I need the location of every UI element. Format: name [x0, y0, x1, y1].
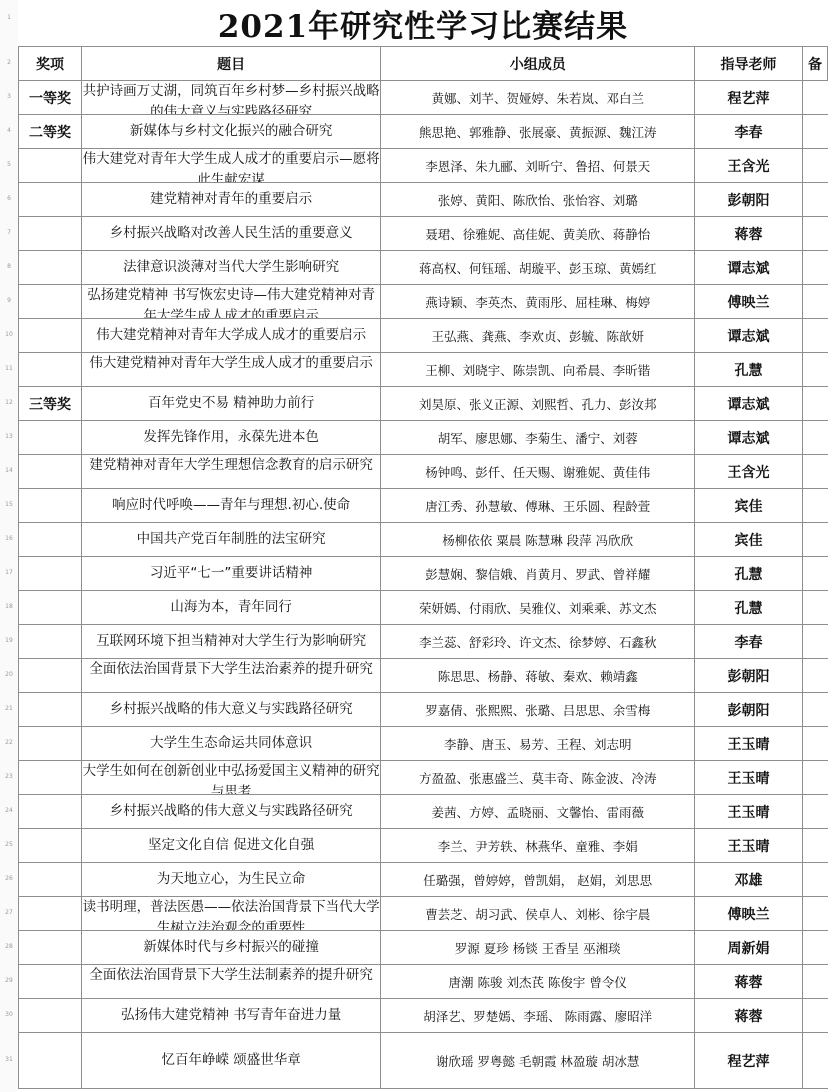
table-row: 乡村振兴战略对改善人民生活的重要意义聂珺、徐雅妮、高佳妮、黄美欣、蒋静怡蒋蓉 [19, 217, 828, 251]
row-number[interactable]: 1 [0, 14, 18, 21]
topic-text: 伟大建党精神对青年大学生成人成才的重要启示 [82, 353, 380, 386]
remarks-cell[interactable] [802, 761, 827, 795]
topic-cell[interactable]: 全面依法治国背景下大学生法制素养的提升研究 [81, 965, 380, 999]
topic-text: 为天地立心，为生民立命 [82, 863, 380, 896]
remarks-cell[interactable] [802, 591, 827, 625]
award-cell[interactable] [19, 897, 82, 931]
teacher-cell[interactable]: 谭志斌 [695, 319, 803, 353]
teacher-cell[interactable]: 孔慧 [695, 591, 803, 625]
members-cell[interactable]: 李静、唐玉、易芳、王程、刘志明 [381, 727, 695, 761]
row-number[interactable]: 17 [0, 569, 18, 576]
award-cell[interactable] [19, 999, 82, 1033]
table-row: 法律意识淡薄对当代大学生影响研究蒋高权、何钰瑶、胡璇平、彭玉琼、黄嫣红谭志斌 [19, 251, 828, 285]
remarks-cell[interactable] [802, 795, 827, 829]
row-number[interactable]: 20 [0, 671, 18, 678]
topic-cell[interactable]: 建党精神对青年大学生理想信念教育的启示研究 [81, 455, 380, 489]
topic-text: 忆百年峥嵘 颂盛世华章 [82, 1044, 380, 1077]
table-row: 建党精神对青年大学生理想信念教育的启示研究杨钟鸣、彭仟、任天赐、谢雅妮、黄佳伟王… [19, 455, 828, 489]
table-row: 建党精神对青年的重要启示张婷、黄阳、陈欣怡、张怡容、刘璐彭朝阳 [19, 183, 828, 217]
award-cell[interactable] [19, 659, 82, 693]
members-cell[interactable]: 熊思艳、郭雅静、张展豪、黄振源、魏江涛 [381, 115, 695, 149]
teacher-cell[interactable]: 程艺萍 [695, 1033, 803, 1089]
table-row: 伟大建党精神对青年大学生成人成才的重要启示王柳、刘晓宇、陈崇凯、向希晨、李昕锴孔… [19, 353, 828, 387]
row-number[interactable]: 22 [0, 739, 18, 746]
teacher-cell[interactable]: 李春 [695, 625, 803, 659]
topic-text: 百年党史不易 精神助力前行 [82, 387, 380, 420]
row-number[interactable]: 2 [0, 59, 18, 66]
header-topic[interactable]: 题目 [81, 47, 380, 81]
table-row: 伟大建党对青年大学生成人成才的重要启示—愿将此生献宏谋李恩泽、朱九郦、刘昕宁、鲁… [19, 149, 828, 183]
header-teacher[interactable]: 指导老师 [695, 47, 803, 81]
topic-text: 大学生生态命运共同体意识 [82, 727, 380, 760]
topic-cell[interactable]: 弘扬建党精神 书写恢宏史诗—伟大建党精神对青年大学生成人成才的重要启示 [81, 285, 380, 319]
teacher-cell[interactable]: 傅映兰 [695, 897, 803, 931]
row-number[interactable]: 29 [0, 977, 18, 984]
sheet-title: 2021年研究性学习比赛结果 [18, 0, 828, 46]
topic-text: 乡村振兴战略对改善人民生活的重要意义 [82, 217, 380, 250]
row-number[interactable]: 30 [0, 1011, 18, 1018]
award-cell[interactable] [19, 693, 82, 727]
remarks-cell[interactable] [802, 557, 827, 591]
topic-text: 建党精神对青年的重要启示 [82, 183, 380, 216]
table-row: 习近平“七一”重要讲话精神彭慧娴、黎信娥、肖黄月、罗武、曾祥耀孔慧 [19, 557, 828, 591]
teacher-cell[interactable]: 程艺萍 [695, 81, 803, 115]
topic-text: 习近平“七一”重要讲话精神 [82, 557, 380, 590]
members-cell[interactable]: 聂珺、徐雅妮、高佳妮、黄美欣、蒋静怡 [381, 217, 695, 251]
table-row: 山海为本，青年同行荣妍嫣、付雨欣、吴雅仪、刘乘乘、苏文杰孔慧 [19, 591, 828, 625]
award-cell[interactable] [19, 1033, 82, 1089]
topic-text: 建党精神对青年大学生理想信念教育的启示研究 [82, 455, 380, 488]
remarks-cell[interactable] [802, 727, 827, 761]
members-cell[interactable]: 李恩泽、朱九郦、刘昕宁、鲁招、何景天 [381, 149, 695, 183]
topic-cell[interactable]: 全面依法治国背景下大学生法治素养的提升研究 [81, 659, 380, 693]
row-number[interactable]: 5 [0, 161, 18, 168]
members-cell[interactable]: 李兰蕊、舒彩玲、许文杰、徐梦婷、石鑫秋 [381, 625, 695, 659]
remarks-cell[interactable] [802, 897, 827, 931]
table-row: 全面依法治国背景下大学生法制素养的提升研究唐潮 陈骏 刘杰芪 陈俊宇 曾令仪蒋蓉 [19, 965, 828, 999]
topic-text: 新媒体时代与乡村振兴的碰撞 [82, 931, 380, 964]
award-cell[interactable] [19, 353, 82, 387]
award-cell[interactable] [19, 795, 82, 829]
award-cell[interactable] [19, 625, 82, 659]
topic-text: 互联网环境下担当精神对大学生行为影响研究 [82, 625, 380, 658]
topic-text: 伟大建党对青年大学生成人成才的重要启示—愿将此生献宏谋 [82, 149, 380, 182]
row-number[interactable]: 4 [0, 127, 18, 134]
members-cell[interactable]: 唐潮 陈骏 刘杰芪 陈俊宇 曾令仪 [381, 965, 695, 999]
members-cell[interactable]: 黄娜、刘芊、贺娅婷、朱若岚、邓白兰 [381, 81, 695, 115]
row-number[interactable]: 16 [0, 535, 18, 542]
remarks-cell[interactable] [802, 251, 827, 285]
award-cell[interactable] [19, 251, 82, 285]
topic-text: 山海为本，青年同行 [82, 591, 380, 624]
topic-text: 读书明理，普法医愚——依法治国背景下当代大学生树立法治观念的重要性 [82, 897, 380, 930]
topic-cell[interactable]: 发挥先锋作用，永葆先进本色 [81, 421, 380, 455]
award-cell[interactable]: 三等奖 [19, 387, 82, 421]
table-row: 读书明理，普法医愚——依法治国背景下当代大学生树立法治观念的重要性曹芸芝、胡习武… [19, 897, 828, 931]
remarks-cell[interactable] [802, 1033, 827, 1089]
members-cell[interactable]: 刘昊原、张义正源、刘熙哲、孔力、彭汝邦 [381, 387, 695, 421]
members-cell[interactable]: 王柳、刘晓宇、陈崇凯、向希晨、李昕锴 [381, 353, 695, 387]
award-cell[interactable] [19, 183, 82, 217]
remarks-cell[interactable] [802, 115, 827, 149]
teacher-cell[interactable]: 邓雄 [695, 863, 803, 897]
topic-cell[interactable]: 大学生生态命运共同体意识 [81, 727, 380, 761]
remarks-cell[interactable] [802, 285, 827, 319]
members-cell[interactable]: 彭慧娴、黎信娥、肖黄月、罗武、曾祥耀 [381, 557, 695, 591]
members-cell[interactable]: 杨钟鸣、彭仟、任天赐、谢雅妮、黄佳伟 [381, 455, 695, 489]
table-row: 响应时代呼唤——青年与理想.初心.使命唐江秀、孙慧敏、傅琳、王乐圆、程龄萱宾佳 [19, 489, 828, 523]
members-cell[interactable]: 胡泽艺、罗楚嫣、李瑶、 陈雨露、廖昭洋 [381, 999, 695, 1033]
topic-text: 响应时代呼唤——青年与理想.初心.使命 [82, 489, 380, 522]
members-cell[interactable]: 罗嘉倩、张熙熙、张璐、吕思思、余雪梅 [381, 693, 695, 727]
award-cell[interactable]: 二等奖 [19, 115, 82, 149]
award-cell[interactable] [19, 285, 82, 319]
topic-cell[interactable]: 新媒体与乡村文化振兴的融合研究 [81, 115, 380, 149]
row-number[interactable]: 9 [0, 297, 18, 304]
table-row: 伟大建党精神对青年大学成人成才的重要启示王弘燕、龚燕、李欢贞、彭毓、陈歆妍谭志斌 [19, 319, 828, 353]
teacher-cell[interactable]: 王含光 [695, 149, 803, 183]
row-number[interactable]: 23 [0, 773, 18, 780]
remarks-cell[interactable] [802, 455, 827, 489]
topic-cell[interactable]: 响应时代呼唤——青年与理想.初心.使命 [81, 489, 380, 523]
topic-text: 全面依法治国背景下大学生法治素养的提升研究 [82, 659, 380, 692]
topic-cell[interactable]: 读书明理，普法医愚——依法治国背景下当代大学生树立法治观念的重要性 [81, 897, 380, 931]
remarks-cell[interactable] [802, 965, 827, 999]
topic-cell[interactable]: 伟大建党精神对青年大学生成人成才的重要启示 [81, 353, 380, 387]
members-cell[interactable]: 谢欣瑶 罗粤懿 毛朝霞 林盈璇 胡冰慧 [381, 1033, 695, 1089]
members-cell[interactable]: 蒋高权、何钰瑶、胡璇平、彭玉琼、黄嫣红 [381, 251, 695, 285]
remarks-cell[interactable] [802, 931, 827, 965]
teacher-cell[interactable]: 谭志斌 [695, 251, 803, 285]
teacher-cell[interactable]: 周新娟 [695, 931, 803, 965]
members-cell[interactable]: 张婷、黄阳、陈欣怡、张怡容、刘璐 [381, 183, 695, 217]
topic-text: 大学生如何在创新创业中弘扬爱国主义精神的研究与思考 [82, 761, 380, 794]
topic-text: 全面依法治国背景下大学生法制素养的提升研究 [82, 965, 380, 998]
award-cell[interactable] [19, 727, 82, 761]
topic-text: 伟大建党精神对青年大学成人成才的重要启示 [82, 319, 380, 352]
row-number[interactable]: 7 [0, 229, 18, 236]
members-cell[interactable]: 李兰、尹芳轶、林燕华、童雅、李娟 [381, 829, 695, 863]
award-cell[interactable] [19, 455, 82, 489]
teacher-cell[interactable]: 宾佳 [695, 489, 803, 523]
row-number[interactable]: 10 [0, 331, 18, 338]
members-cell[interactable]: 曹芸芝、胡习武、侯卓人、刘彬、徐宇晨 [381, 897, 695, 931]
table-row: 乡村振兴战略的伟大意义与实践路径研究罗嘉倩、张熙熙、张璐、吕思思、余雪梅彭朝阳 [19, 693, 828, 727]
topic-cell[interactable]: 新媒体时代与乡村振兴的碰撞 [81, 931, 380, 965]
remarks-cell[interactable] [802, 217, 827, 251]
topic-text: 弘扬建党精神 书写恢宏史诗—伟大建党精神对青年大学生成人成才的重要启示 [82, 285, 380, 318]
remarks-cell[interactable] [802, 523, 827, 557]
members-cell[interactable]: 方盈盈、张惠盛兰、莫丰奇、陈金波、冷涛 [381, 761, 695, 795]
topic-text: 新媒体与乡村文化振兴的融合研究 [82, 115, 380, 148]
members-cell[interactable]: 唐江秀、孙慧敏、傅琳、王乐圆、程龄萱 [381, 489, 695, 523]
row-number[interactable]: 25 [0, 841, 18, 848]
award-cell[interactable] [19, 931, 82, 965]
row-number[interactable]: 18 [0, 603, 18, 610]
award-cell[interactable] [19, 217, 82, 251]
remarks-cell[interactable] [802, 149, 827, 183]
members-cell[interactable]: 任璐强，曾婷婷，曾凯娟， 赵娟，刘思思 [381, 863, 695, 897]
topic-text: 中国共产党百年制胜的法宝研究 [82, 523, 380, 556]
remarks-cell[interactable] [802, 421, 827, 455]
remarks-cell[interactable] [802, 81, 827, 115]
row-number[interactable]: 13 [0, 433, 18, 440]
members-cell[interactable]: 杨柳依依 粟晨 陈慧琳 段萍 冯欣欣 [381, 523, 695, 557]
topic-text: 共护诗画万丈湖，同筑百年乡村梦—乡村振兴战略的伟大意义与实践路径研究 [82, 81, 380, 114]
members-cell[interactable]: 陈思思、杨静、蒋敏、秦欢、赖靖鑫 [381, 659, 695, 693]
members-cell[interactable]: 荣妍嫣、付雨欣、吴雅仪、刘乘乘、苏文杰 [381, 591, 695, 625]
members-cell[interactable]: 罗源 夏珍 杨锬 王香呈 巫湘琰 [381, 931, 695, 965]
topic-cell[interactable]: 忆百年峥嵘 颂盛世华章 [81, 1033, 380, 1089]
row-number[interactable]: 12 [0, 399, 18, 406]
row-number[interactable]: 19 [0, 637, 18, 644]
award-cell[interactable] [19, 863, 82, 897]
row-number[interactable]: 15 [0, 501, 18, 508]
award-cell[interactable] [19, 591, 82, 625]
table-row: 大学生如何在创新创业中弘扬爱国主义精神的研究与思考方盈盈、张惠盛兰、莫丰奇、陈金… [19, 761, 828, 795]
table-row: 新媒体时代与乡村振兴的碰撞罗源 夏珍 杨锬 王香呈 巫湘琰周新娟 [19, 931, 828, 965]
award-cell[interactable] [19, 149, 82, 183]
row-number[interactable]: 6 [0, 195, 18, 202]
remarks-cell[interactable] [802, 829, 827, 863]
topic-cell[interactable]: 法律意识淡薄对当代大学生影响研究 [81, 251, 380, 285]
topic-cell[interactable]: 乡村振兴战略的伟大意义与实践路径研究 [81, 795, 380, 829]
members-cell[interactable]: 姜茜、方婷、孟晓丽、文馨怡、雷雨薇 [381, 795, 695, 829]
award-cell[interactable] [19, 489, 82, 523]
teacher-cell[interactable]: 蒋蓉 [695, 217, 803, 251]
results-table: 奖项 题目 小组成员 指导老师 备 一等奖共护诗画万丈湖，同筑百年乡村梦—乡村振… [18, 46, 828, 1089]
topic-cell[interactable]: 习近平“七一”重要讲话精神 [81, 557, 380, 591]
award-cell[interactable] [19, 761, 82, 795]
row-number[interactable]: 14 [0, 467, 18, 474]
row-number[interactable]: 28 [0, 943, 18, 950]
table-row: 忆百年峥嵘 颂盛世华章谢欣瑶 罗粤懿 毛朝霞 林盈璇 胡冰慧程艺萍 [19, 1033, 828, 1089]
table-row: 中国共产党百年制胜的法宝研究杨柳依依 粟晨 陈慧琳 段萍 冯欣欣宾佳 [19, 523, 828, 557]
teacher-cell[interactable]: 谭志斌 [695, 387, 803, 421]
teacher-cell[interactable]: 王玉晴 [695, 727, 803, 761]
teacher-cell[interactable]: 李春 [695, 115, 803, 149]
table-row: 一等奖共护诗画万丈湖，同筑百年乡村梦—乡村振兴战略的伟大意义与实践路径研究黄娜、… [19, 81, 828, 115]
teacher-cell[interactable]: 王玉晴 [695, 795, 803, 829]
award-cell[interactable] [19, 523, 82, 557]
topic-text: 乡村振兴战略的伟大意义与实践路径研究 [82, 693, 380, 726]
topic-cell[interactable]: 共护诗画万丈湖，同筑百年乡村梦—乡村振兴战略的伟大意义与实践路径研究 [81, 81, 380, 115]
table-row: 互联网环境下担当精神对大学生行为影响研究李兰蕊、舒彩玲、许文杰、徐梦婷、石鑫秋李… [19, 625, 828, 659]
teacher-cell[interactable]: 彭朝阳 [695, 659, 803, 693]
row-number-gutter: 1234567891011121314151617181920212223242… [0, 0, 18, 1092]
topic-text: 乡村振兴战略的伟大意义与实践路径研究 [82, 795, 380, 828]
remarks-cell[interactable] [802, 693, 827, 727]
award-cell[interactable] [19, 421, 82, 455]
header-row: 奖项 题目 小组成员 指导老师 备 [19, 47, 828, 81]
topic-cell[interactable]: 乡村振兴战略对改善人民生活的重要意义 [81, 217, 380, 251]
topic-cell[interactable]: 坚定文化自信 促进文化自强 [81, 829, 380, 863]
header-remarks[interactable]: 备 [802, 47, 827, 81]
remarks-cell[interactable] [802, 863, 827, 897]
row-number[interactable]: 3 [0, 93, 18, 100]
award-cell[interactable] [19, 557, 82, 591]
teacher-cell[interactable]: 宾佳 [695, 523, 803, 557]
row-number[interactable]: 8 [0, 263, 18, 270]
row-number[interactable]: 26 [0, 875, 18, 882]
topic-cell[interactable]: 互联网环境下担当精神对大学生行为影响研究 [81, 625, 380, 659]
teacher-cell[interactable]: 蒋蓉 [695, 965, 803, 999]
remarks-cell[interactable] [802, 999, 827, 1033]
remarks-cell[interactable] [802, 387, 827, 421]
teacher-cell[interactable]: 彭朝阳 [695, 693, 803, 727]
members-cell[interactable]: 王弘燕、龚燕、李欢贞、彭毓、陈歆妍 [381, 319, 695, 353]
remarks-cell[interactable] [802, 625, 827, 659]
remarks-cell[interactable] [802, 659, 827, 693]
table-row: 发挥先锋作用，永葆先进本色胡军、廖思娜、李菊生、潘宁、刘蓉谭志斌 [19, 421, 828, 455]
teacher-cell[interactable]: 王玉晴 [695, 761, 803, 795]
members-cell[interactable]: 胡军、廖思娜、李菊生、潘宁、刘蓉 [381, 421, 695, 455]
table-row: 全面依法治国背景下大学生法治素养的提升研究陈思思、杨静、蒋敏、秦欢、赖靖鑫彭朝阳 [19, 659, 828, 693]
row-number[interactable]: 11 [0, 365, 18, 372]
table-row: 弘扬建党精神 书写恢宏史诗—伟大建党精神对青年大学生成人成才的重要启示燕诗颖、李… [19, 285, 828, 319]
topic-cell[interactable]: 伟大建党对青年大学生成人成才的重要启示—愿将此生献宏谋 [81, 149, 380, 183]
award-cell[interactable]: 一等奖 [19, 81, 82, 115]
remarks-cell[interactable] [802, 183, 827, 217]
topic-text: 法律意识淡薄对当代大学生影响研究 [82, 251, 380, 284]
award-cell[interactable] [19, 829, 82, 863]
award-cell[interactable] [19, 965, 82, 999]
topic-cell[interactable]: 山海为本，青年同行 [81, 591, 380, 625]
teacher-cell[interactable]: 蒋蓉 [695, 999, 803, 1033]
header-members[interactable]: 小组成员 [381, 47, 695, 81]
header-award[interactable]: 奖项 [19, 47, 82, 81]
row-number[interactable]: 31 [0, 1056, 18, 1063]
teacher-cell[interactable]: 傅映兰 [695, 285, 803, 319]
remarks-cell[interactable] [802, 353, 827, 387]
members-cell[interactable]: 燕诗颖、李英杰、黄雨彤、屈桂琳、梅婷 [381, 285, 695, 319]
teacher-cell[interactable]: 孔慧 [695, 353, 803, 387]
spreadsheet-sheet: 1234567891011121314151617181920212223242… [0, 0, 828, 1092]
topic-text: 弘扬伟大建党精神 书写青年奋进力量 [82, 999, 380, 1032]
topic-cell[interactable]: 乡村振兴战略的伟大意义与实践路径研究 [81, 693, 380, 727]
teacher-cell[interactable]: 谭志斌 [695, 421, 803, 455]
teacher-cell[interactable]: 王玉晴 [695, 829, 803, 863]
remarks-cell[interactable] [802, 319, 827, 353]
table-row: 乡村振兴战略的伟大意义与实践路径研究姜茜、方婷、孟晓丽、文馨怡、雷雨薇王玉晴 [19, 795, 828, 829]
award-cell[interactable] [19, 319, 82, 353]
row-number[interactable]: 24 [0, 807, 18, 814]
table-row: 坚定文化自信 促进文化自强李兰、尹芳轶、林燕华、童雅、李娟王玉晴 [19, 829, 828, 863]
topic-cell[interactable]: 为天地立心，为生民立命 [81, 863, 380, 897]
topic-cell[interactable]: 建党精神对青年的重要启示 [81, 183, 380, 217]
table-row: 为天地立心，为生民立命任璐强，曾婷婷，曾凯娟， 赵娟，刘思思邓雄 [19, 863, 828, 897]
topic-cell[interactable]: 中国共产党百年制胜的法宝研究 [81, 523, 380, 557]
topic-cell[interactable]: 伟大建党精神对青年大学成人成才的重要启示 [81, 319, 380, 353]
row-number[interactable]: 21 [0, 705, 18, 712]
topic-text: 坚定文化自信 促进文化自强 [82, 829, 380, 862]
teacher-cell[interactable]: 王含光 [695, 455, 803, 489]
table-row: 三等奖百年党史不易 精神助力前行刘昊原、张义正源、刘熙哲、孔力、彭汝邦谭志斌 [19, 387, 828, 421]
table-row: 大学生生态命运共同体意识李静、唐玉、易芳、王程、刘志明王玉晴 [19, 727, 828, 761]
table-row: 弘扬伟大建党精神 书写青年奋进力量胡泽艺、罗楚嫣、李瑶、 陈雨露、廖昭洋蒋蓉 [19, 999, 828, 1033]
table-row: 二等奖新媒体与乡村文化振兴的融合研究熊思艳、郭雅静、张展豪、黄振源、魏江涛李春 [19, 115, 828, 149]
topic-cell[interactable]: 大学生如何在创新创业中弘扬爱国主义精神的研究与思考 [81, 761, 380, 795]
topic-cell[interactable]: 百年党史不易 精神助力前行 [81, 387, 380, 421]
topic-text: 发挥先锋作用，永葆先进本色 [82, 421, 380, 454]
topic-cell[interactable]: 弘扬伟大建党精神 书写青年奋进力量 [81, 999, 380, 1033]
row-number[interactable]: 27 [0, 909, 18, 916]
teacher-cell[interactable]: 彭朝阳 [695, 183, 803, 217]
remarks-cell[interactable] [802, 489, 827, 523]
teacher-cell[interactable]: 孔慧 [695, 557, 803, 591]
